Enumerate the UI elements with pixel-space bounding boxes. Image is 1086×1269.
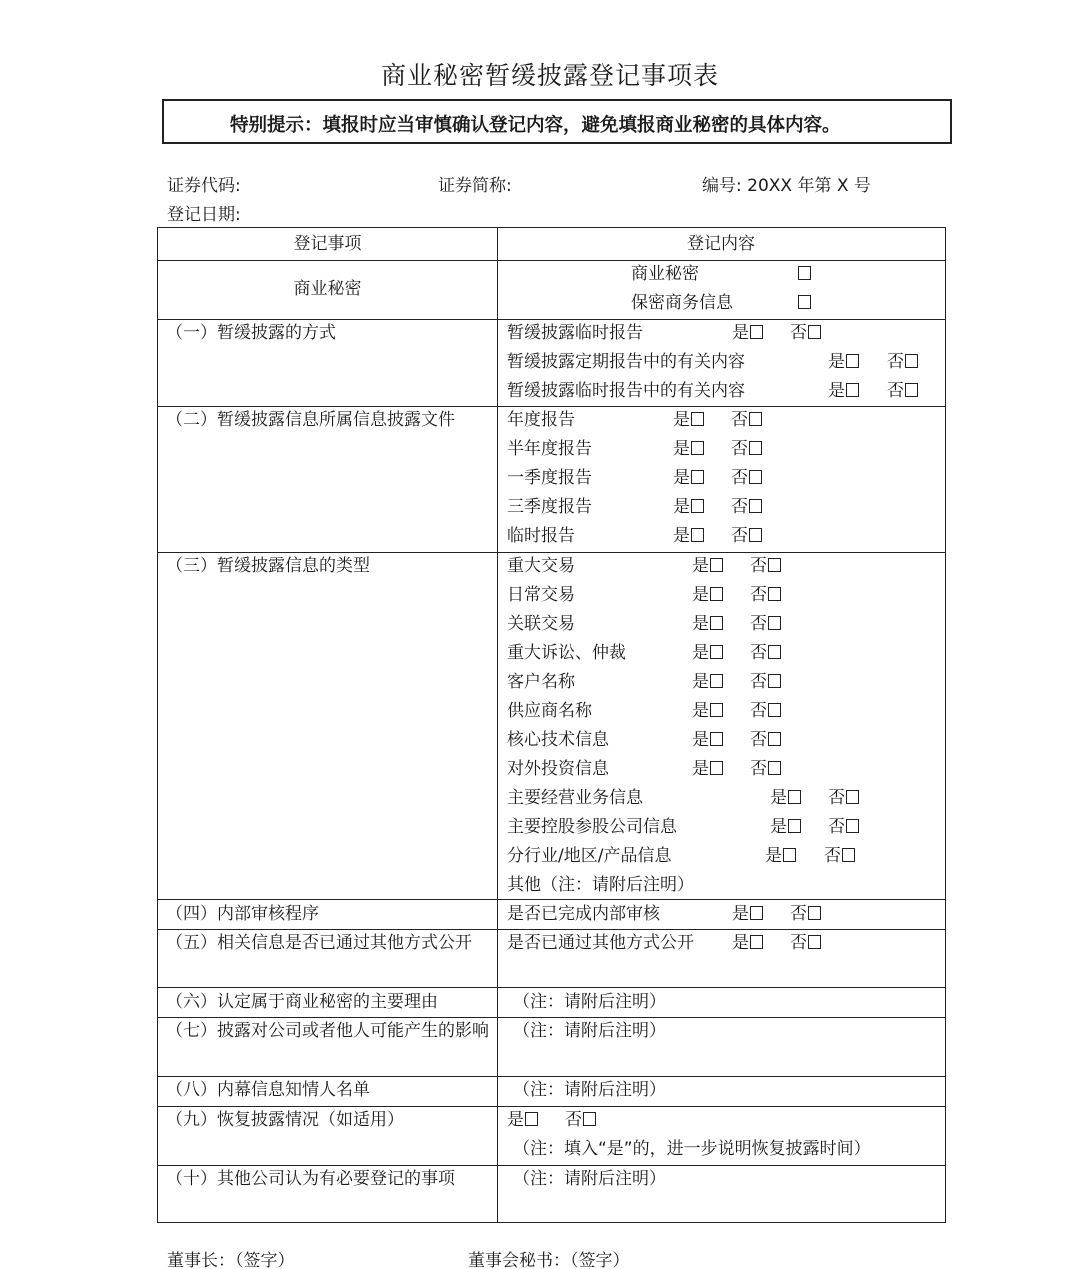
registration-table: 登记事项 登记内容 商业秘密 商业秘密 保密商务信息 （一）暂缓披露的方式 暂缓…: [157, 227, 946, 1223]
no-checkbox[interactable]: [749, 499, 762, 513]
option-label: 主要控股参股公司信息: [507, 813, 677, 842]
yes-checkbox[interactable]: [710, 761, 723, 775]
yes-label: 是: [770, 788, 787, 808]
yes-checkbox[interactable]: [691, 528, 704, 542]
securities-name-label: 证券简称:: [438, 171, 512, 196]
option-line: 对外投资信息是否: [507, 755, 937, 784]
yes-label: 是: [828, 352, 845, 372]
option-label: 核心技术信息: [507, 726, 609, 755]
row-disclosure-document-item: （二）暂缓披露信息所属信息披露文件: [166, 406, 491, 435]
yes-label: 是: [770, 817, 787, 837]
no-checkbox[interactable]: [846, 790, 859, 804]
yes-checkbox[interactable]: [525, 1112, 538, 1126]
yes-checkbox[interactable]: [750, 906, 763, 920]
option-line: 供应商名称是否: [507, 697, 937, 726]
option-trade-secret: 商业秘密: [631, 260, 831, 289]
no-label: 否: [731, 497, 748, 517]
yes-checkbox[interactable]: [710, 674, 723, 688]
yes-label: 是: [692, 759, 709, 779]
option-label: 日常交易: [507, 581, 575, 610]
yes-label: 是: [732, 933, 749, 953]
option-label: 对外投资信息: [507, 755, 609, 784]
yes-checkbox[interactable]: [846, 354, 859, 368]
option-label: 年度报告: [507, 406, 575, 435]
no-label: 否: [750, 556, 767, 576]
row-insider-list-note: （注：请附后注明）: [513, 1076, 666, 1105]
option-line-other: 其他（注：请附后注明）: [507, 871, 937, 900]
no-checkbox[interactable]: [808, 325, 821, 339]
row-info-type-item: （三）暂缓披露信息的类型: [166, 552, 491, 581]
row-deferral-method-content: 暂缓披露临时报告 是 否 暂缓披露定期报告中的有关内容 是 否 暂缓披露临时报告…: [507, 319, 937, 406]
no-label: 否: [750, 759, 767, 779]
yes-checkbox[interactable]: [750, 325, 763, 339]
yes-checkbox[interactable]: [691, 441, 704, 455]
option-label: 关联交易: [507, 610, 575, 639]
yes-label: 是: [507, 1110, 524, 1130]
no-label: 否: [750, 643, 767, 663]
no-checkbox[interactable]: [808, 935, 821, 949]
option-label: 客户名称: [507, 668, 575, 697]
column-divider: [497, 228, 498, 1222]
chairman-signature-label: 董事长：（签字）: [167, 1246, 295, 1269]
option-label: 一季度报告: [507, 464, 592, 493]
yes-label: 是: [692, 672, 709, 692]
option-label: 主要经营业务信息: [507, 784, 643, 813]
row-impact-item: （七）披露对公司或者他人可能产生的影响: [166, 1017, 491, 1046]
yes-checkbox[interactable]: [710, 703, 723, 717]
option-label: 分行业/地区/产品信息: [507, 842, 671, 871]
yes-checkbox[interactable]: [710, 616, 723, 630]
row-trade-secret-content: 商业秘密 保密商务信息: [631, 260, 831, 318]
yes-label: 是: [692, 614, 709, 634]
row-insider-list-item: （八）内幕信息知情人名单: [166, 1076, 491, 1105]
row-other-matters-item: （十）其他公司认为有必要登记的事项: [166, 1165, 491, 1194]
yes-label: 是: [692, 585, 709, 605]
option-label: 保密商务信息: [631, 289, 733, 318]
checkbox[interactable]: [798, 266, 811, 280]
no-label: 否: [731, 526, 748, 546]
option-line: 核心技术信息是否: [507, 726, 937, 755]
resume-note: （注：填入“是”的，进一步说明恢复披露时间）: [513, 1135, 871, 1164]
option-line: 半年度报告是否: [507, 435, 937, 464]
option-line: 临时报告是否: [507, 522, 937, 551]
no-label: 否: [828, 788, 845, 808]
no-label: 否: [750, 585, 767, 605]
yes-label: 是: [732, 323, 749, 343]
yes-checkbox[interactable]: [783, 848, 796, 862]
option-line: 是 否: [507, 1106, 937, 1135]
row-internal-review-content: 是否已完成内部审核是否: [507, 900, 937, 929]
page-title: 商业秘密暂缓披露登记事项表: [0, 56, 1086, 92]
header-item: 登记事项: [158, 230, 497, 259]
yes-checkbox[interactable]: [846, 383, 859, 397]
option-line: 年度报告是否: [507, 406, 937, 435]
yes-checkbox[interactable]: [691, 499, 704, 513]
option-line: 是否已通过其他方式公开是否: [507, 929, 937, 958]
checkbox[interactable]: [798, 295, 811, 309]
row-deferral-method-item: （一）暂缓披露的方式: [166, 319, 491, 348]
option-line: 暂缓披露临时报告中的有关内容 是 否: [507, 377, 937, 406]
yes-label: 是: [732, 904, 749, 924]
option-line-note: （注：填入“是”的，进一步说明恢复披露时间）: [513, 1135, 943, 1164]
secretary-signature-label: 董事会秘书：（签字）: [468, 1246, 630, 1269]
yes-label: 是: [673, 526, 690, 546]
option-confidential-business-info: 保密商务信息: [631, 289, 831, 318]
option-label: 重大交易: [507, 552, 575, 581]
registration-date-label: 登记日期:: [167, 200, 241, 225]
option-label: 暂缓披露临时报告: [507, 319, 643, 348]
yes-checkbox[interactable]: [710, 732, 723, 746]
no-checkbox[interactable]: [808, 906, 821, 920]
other-note: 其他（注：请附后注明）: [507, 871, 694, 900]
no-label: 否: [731, 439, 748, 459]
option-line: 重大交易是否: [507, 552, 937, 581]
option-label: 暂缓披露临时报告中的有关内容: [507, 377, 745, 406]
option-line: 主要经营业务信息是否: [507, 784, 937, 813]
yes-label: 是: [692, 730, 709, 750]
no-checkbox[interactable]: [749, 528, 762, 542]
no-checkbox[interactable]: [768, 732, 781, 746]
row-resume-disclosure-item: （九）恢复披露情况（如适用）: [166, 1106, 491, 1135]
yes-label: 是: [692, 701, 709, 721]
option-line: 重大诉讼、仲裁是否: [507, 639, 937, 668]
yes-checkbox[interactable]: [710, 587, 723, 601]
yes-label: 是: [828, 381, 845, 401]
no-label: 否: [790, 933, 807, 953]
yes-checkbox[interactable]: [710, 645, 723, 659]
no-label: 否: [731, 468, 748, 488]
no-label: 否: [824, 846, 841, 866]
no-checkbox[interactable]: [768, 761, 781, 775]
no-label: 否: [750, 730, 767, 750]
row-info-type-content: 重大交易是否 日常交易是否 关联交易是否 重大诉讼、仲裁是否 客户名称是否 供应…: [507, 552, 937, 900]
no-checkbox[interactable]: [768, 703, 781, 717]
no-checkbox[interactable]: [905, 354, 918, 368]
no-checkbox[interactable]: [749, 470, 762, 484]
no-label: 否: [750, 701, 767, 721]
no-label: 否: [790, 323, 807, 343]
option-label: 三季度报告: [507, 493, 592, 522]
option-line: 三季度报告是否: [507, 493, 937, 522]
option-line: 是否已完成内部审核是否: [507, 900, 937, 929]
option-label: 是否已完成内部审核: [507, 900, 660, 929]
option-line: 关联交易是否: [507, 610, 937, 639]
no-label: 否: [790, 904, 807, 924]
yes-label: 是: [765, 846, 782, 866]
yes-checkbox[interactable]: [710, 558, 723, 572]
no-checkbox[interactable]: [749, 441, 762, 455]
no-label: 否: [750, 672, 767, 692]
no-checkbox[interactable]: [749, 412, 762, 426]
no-checkbox[interactable]: [768, 674, 781, 688]
yes-checkbox[interactable]: [691, 470, 704, 484]
option-label: 临时报告: [507, 522, 575, 551]
row-internal-review-item: （四）内部审核程序: [166, 900, 491, 929]
no-label: 否: [887, 352, 904, 372]
option-label: 商业秘密: [631, 260, 699, 289]
no-label: 否: [887, 381, 904, 401]
option-line: 一季度报告是否: [507, 464, 937, 493]
no-checkbox[interactable]: [583, 1112, 596, 1126]
document-number-label: 编号: 20XX 年第 X 号: [702, 171, 871, 196]
no-checkbox[interactable]: [846, 819, 859, 833]
row-impact-note: （注：请附后注明）: [513, 1017, 666, 1046]
option-label: 供应商名称: [507, 697, 592, 726]
yes-checkbox[interactable]: [788, 819, 801, 833]
no-label: 否: [565, 1110, 582, 1130]
option-label: 半年度报告: [507, 435, 592, 464]
yes-label: 是: [673, 468, 690, 488]
yes-label: 是: [692, 643, 709, 663]
no-checkbox[interactable]: [905, 383, 918, 397]
row-disclosure-document-content: 年度报告是否 半年度报告是否 一季度报告是否 三季度报告是否 临时报告是否: [507, 406, 937, 551]
header-content: 登记内容: [497, 230, 945, 259]
row-main-reason-note: （注：请附后注明）: [513, 988, 666, 1017]
option-line: 日常交易是否: [507, 581, 937, 610]
row-resume-disclosure-content: 是 否 （注：填入“是”的，进一步说明恢复披露时间）: [507, 1106, 937, 1164]
option-line: 暂缓披露临时报告 是 否: [507, 319, 937, 348]
row-main-reason-item: （六）认定属于商业秘密的主要理由: [166, 988, 491, 1017]
no-label: 否: [731, 410, 748, 430]
row-trade-secret-item: 商业秘密: [158, 275, 497, 304]
no-label: 否: [828, 817, 845, 837]
yes-label: 是: [673, 497, 690, 517]
option-line: 分行业/地区/产品信息是否: [507, 842, 937, 871]
option-label: 重大诉讼、仲裁: [507, 639, 626, 668]
no-checkbox[interactable]: [842, 848, 855, 862]
yes-label: 是: [692, 556, 709, 576]
no-checkbox[interactable]: [768, 645, 781, 659]
row-public-disclosure-content: 是否已通过其他方式公开是否: [507, 929, 937, 958]
option-label: 是否已通过其他方式公开: [507, 929, 694, 958]
option-line: 暂缓披露定期报告中的有关内容 是 否: [507, 348, 937, 377]
yes-checkbox[interactable]: [691, 412, 704, 426]
row-other-matters-note: （注：请附后注明）: [513, 1165, 666, 1194]
option-label: 暂缓披露定期报告中的有关内容: [507, 348, 745, 377]
special-notice-text: 特别提示：填报时应当审慎确认登记内容，避免填报商业秘密的具体内容。: [230, 111, 841, 137]
option-line: 主要控股参股公司信息是否: [507, 813, 937, 842]
yes-checkbox[interactable]: [750, 935, 763, 949]
option-line: 客户名称是否: [507, 668, 937, 697]
no-checkbox[interactable]: [768, 558, 781, 572]
yes-label: 是: [673, 410, 690, 430]
no-label: 否: [750, 614, 767, 634]
special-notice-box: 特别提示：填报时应当审慎确认登记内容，避免填报商业秘密的具体内容。: [162, 99, 952, 144]
yes-checkbox[interactable]: [788, 790, 801, 804]
no-checkbox[interactable]: [768, 587, 781, 601]
yes-label: 是: [673, 439, 690, 459]
no-checkbox[interactable]: [768, 616, 781, 630]
securities-code-label: 证券代码:: [167, 171, 241, 196]
row-public-disclosure-item: （五）相关信息是否已通过其他方式公开: [166, 929, 491, 958]
